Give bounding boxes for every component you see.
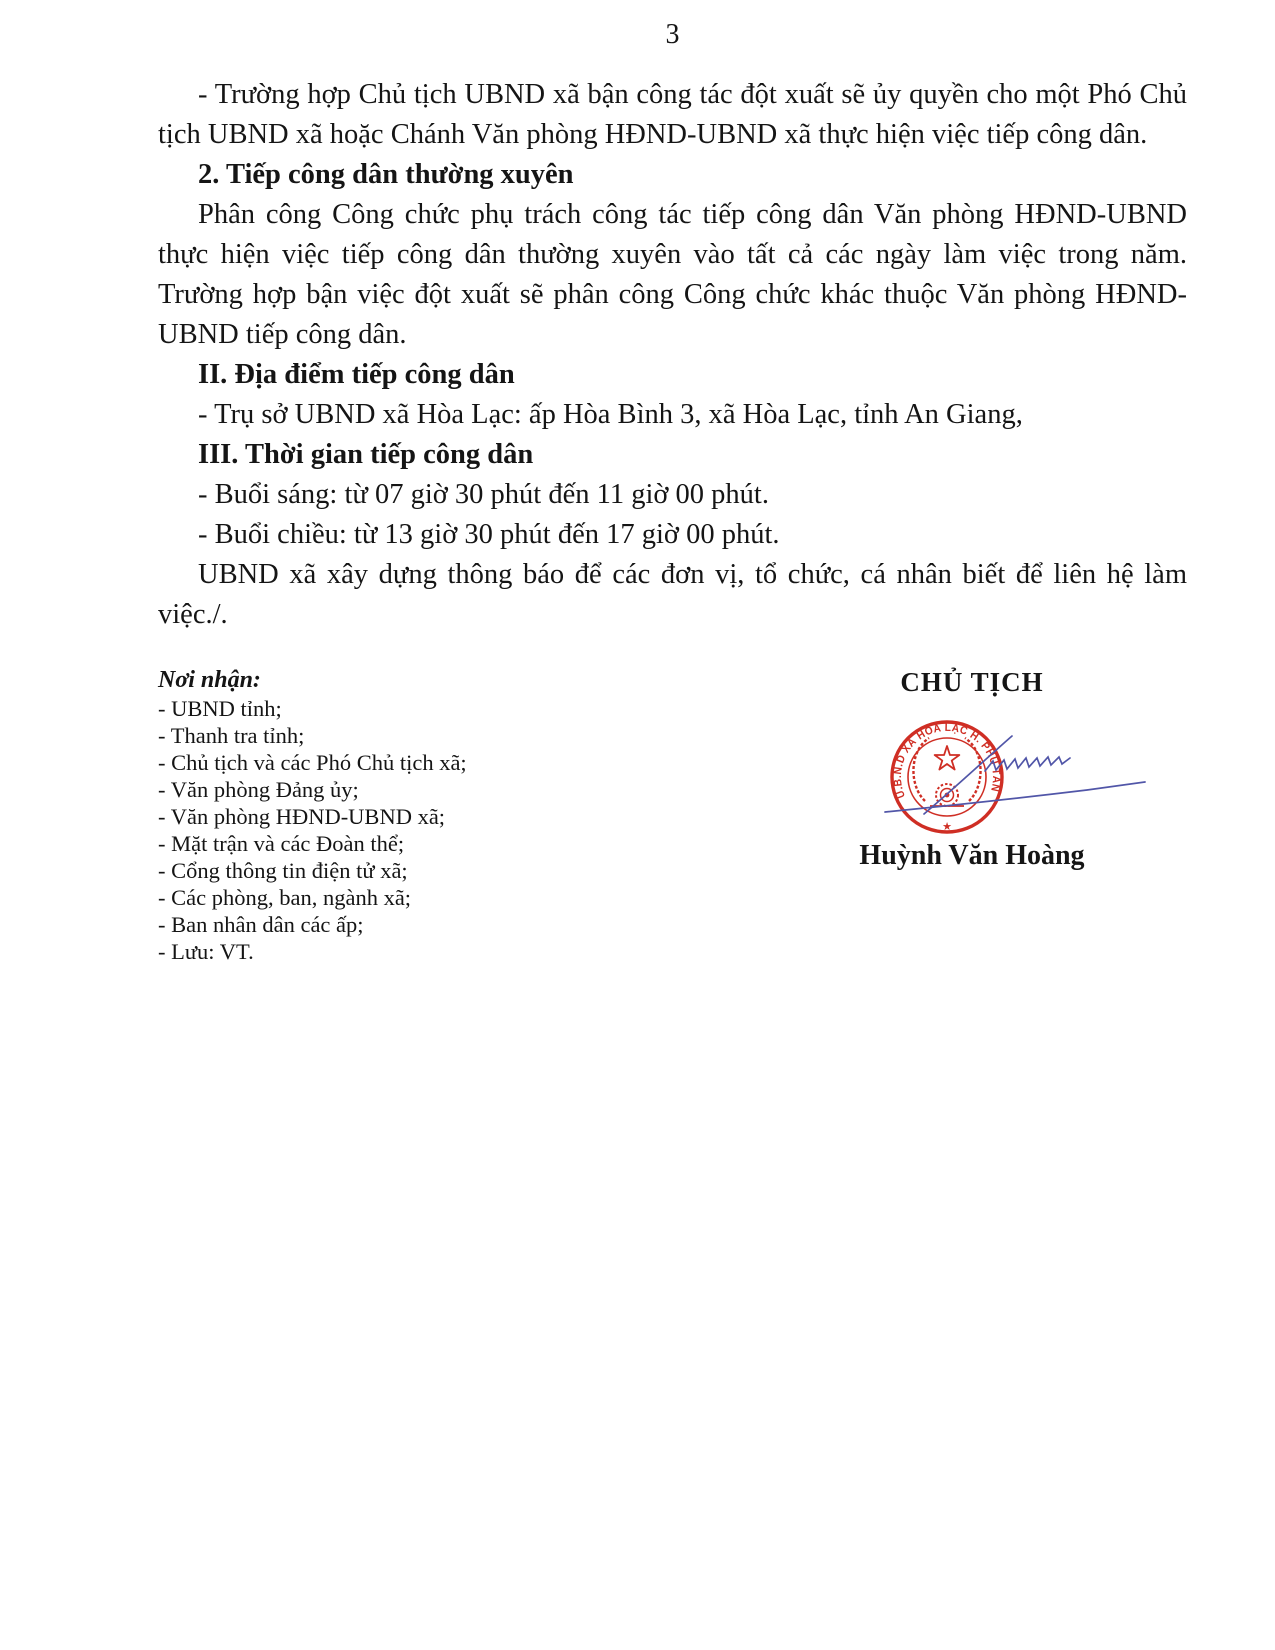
page-number: 3: [158, 15, 1187, 55]
paragraph-regular-reception: Phân công Công chức phụ trách công tác t…: [158, 195, 1187, 355]
heading-section-III: III. Thời gian tiếp công dân: [158, 435, 1187, 475]
line-location: - Trụ sở UBND xã Hòa Lạc: ấp Hòa Bình 3,…: [158, 395, 1187, 435]
document-page: 3 - Trường hợp Chủ tịch UBND xã bận công…: [0, 0, 1275, 1650]
seal-ring-text: U.B.N.D XÃ HÒA LẠC H. PHÚ TÂN T. AN GIAN…: [757, 699, 1003, 800]
heading-section-2: 2. Tiếp công dân thường xuyên: [158, 155, 1187, 195]
signer-name: Huỳnh Văn Hoàng: [757, 839, 1187, 873]
recipient-item: - Cổng thông tin điện tử xã;: [158, 857, 757, 884]
recipient-item: - Ban nhân dân các ấp;: [158, 911, 757, 938]
recipient-item: - Chủ tịch và các Phó Chủ tịch xã;: [158, 749, 757, 776]
recipient-item: - Văn phòng HĐND-UBND xã;: [158, 803, 757, 830]
national-emblem-star: [935, 746, 960, 770]
recipient-item: - UBND tỉnh;: [158, 695, 757, 722]
seal-and-signature: U.B.N.D XÃ HÒA LẠC H. PHÚ TÂN T. AN GIAN…: [757, 699, 1187, 839]
line-morning-hours: - Buổi sáng: từ 07 giờ 30 phút đến 11 gi…: [158, 475, 1187, 515]
official-seal-graphic: U.B.N.D XÃ HÒA LẠC H. PHÚ TÂN T. AN GIAN…: [757, 699, 1187, 839]
recipient-item: - Các phòng, ban, ngành xã;: [158, 884, 757, 911]
handwritten-signature: [885, 736, 1145, 814]
recipient-item: - Văn phòng Đảng ủy;: [158, 776, 757, 803]
line-afternoon-hours: - Buổi chiều: từ 13 giờ 30 phút đến 17 g…: [158, 515, 1187, 555]
round-seal: U.B.N.D XÃ HÒA LẠC H. PHÚ TÂN T. AN GIAN…: [757, 699, 1003, 833]
document-body: - Trường hợp Chủ tịch UBND xã bận công t…: [158, 75, 1187, 635]
signature-block: CHỦ TỊCH U.B.N.D XÃ HÒA LẠC H. PHÚ TÂN T…: [757, 665, 1187, 965]
recipients-block: Nơi nhận: - UBND tỉnh; - Thanh tra tỉnh;…: [158, 665, 757, 965]
recipient-item: - Mặt trận và các Đoàn thể;: [158, 830, 757, 857]
recipient-item: - Thanh tra tỉnh;: [158, 722, 757, 749]
recipients-label: Nơi nhận:: [158, 665, 757, 695]
paragraph-closing: UBND xã xây dựng thông báo để các đơn vị…: [158, 555, 1187, 635]
recipient-item: - Lưu: VT.: [158, 938, 757, 965]
signer-title: CHỦ TỊCH: [757, 665, 1187, 699]
paragraph-delegation: - Trường hợp Chủ tịch UBND xã bận công t…: [158, 75, 1187, 155]
heading-section-II: II. Địa điểm tiếp công dân: [158, 355, 1187, 395]
document-footer: Nơi nhận: - UBND tỉnh; - Thanh tra tỉnh;…: [158, 665, 1187, 965]
seal-bottom-star: ★: [942, 821, 952, 833]
